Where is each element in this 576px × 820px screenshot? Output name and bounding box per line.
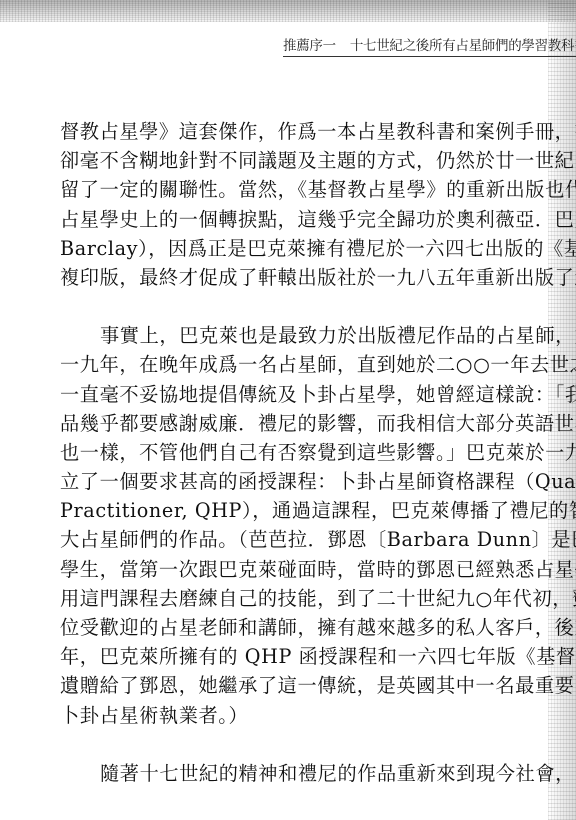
text-line: Practitioner, QHP），通過這課程，巴克萊傳播了禮尼的智慧以及許多… (60, 496, 546, 525)
text-line: 留了一定的關聯性。當然，《基督教占星學》的重新出版也代表了現代 (60, 175, 546, 204)
text-line: 學生，當第一次跟巴克萊碰面時，當時的鄧恩已經熟悉占星學，鄧恩打算 (60, 555, 546, 584)
header-chapter-title: 十七世紀之後所有占星師們的學習教科書 (350, 38, 576, 54)
paragraph-1: 督教占星學》這套傑作，作爲一本占星教科書和案例手冊，書中那些基礎 卻毫不含糊地針… (60, 117, 546, 292)
running-header: 推薦序一十七世紀之後所有占星師們的學習教科書 005 (283, 34, 576, 57)
text-line: 督教占星學》這套傑作，作爲一本占星教科書和案例手冊，書中那些基礎 (60, 117, 546, 146)
text-line: 複印版，最終才促成了軒轅出版社於一九八五年重新出版了這部作品。 (60, 263, 546, 292)
paragraph-gap (60, 292, 546, 321)
paragraph-2: 事實上，巴克萊也是最致力於出版禮尼作品的占星師，她出生於一九 一九年，在晚年成爲… (60, 321, 546, 730)
scan-noise-top (0, 0, 576, 22)
text-line: 卻毫不含糊地針對不同議題及主題的方式，仍然於廿一世紀的社會中保 (60, 146, 546, 175)
text-line: 事實上，巴克萊也是最致力於出版禮尼作品的占星師，她出生於一九 (60, 321, 546, 350)
text-line: 立了一個要求甚高的函授課程：卜卦占星師資格課程（Qualifying Horar… (60, 467, 546, 496)
text-line: 大占星師們的作品。（芭芭拉．鄧恩〔Barbara Dunn〕是巴克萊其中一名 (60, 525, 546, 554)
paragraph-3: 隨著十七世紀的精神和禮尼的作品重新來到現今社會，目前《基督教 (60, 759, 546, 788)
text-line: 一九年，在晚年成爲一名占星師，直到她於二○○一年去世之前，她都 (60, 350, 546, 379)
text-line: 品幾乎都要感謝威廉．禮尼的影響，而我相信大部分英語世界的占星師 (60, 409, 546, 438)
text-line: 隨著十七世紀的精神和禮尼的作品重新來到現今社會，目前《基督教 (60, 759, 546, 788)
text-line: 一直毫不妥協地提倡傳統及卜卦占星學，她曾經這樣說：「我的所有作 (60, 380, 546, 409)
text-line: 也一樣，不管他們自己有否察覺到這些影響。」巴克萊於一九八四年建 (60, 438, 546, 467)
text-line: Barclay），因爲正是巴克萊擁有禮尼於一六四七出版的《基督教占星學》 (60, 234, 546, 263)
body-text: 督教占星學》這套傑作，作爲一本占星教科書和案例手冊，書中那些基礎 卻毫不含糊地針… (60, 117, 546, 788)
header-section: 推薦序一 (283, 38, 336, 54)
header-title: 推薦序一十七世紀之後所有占星師們的學習教科書 (283, 34, 576, 57)
text-line: 遺贈給了鄧恩，她繼承了這一傳統，是英國其中一名最重要的占星教師和 (60, 671, 546, 700)
text-line: 年，巴克萊所擁有的 QHP 函授課程和一六四七年版《基督教占星學》都 (60, 642, 546, 671)
text-line: 用這門課程去磨練自己的技能，到了二十世紀九○年代初，鄧恩成爲了一 (60, 584, 546, 613)
text-line: 卜卦占星術執業者。） (60, 701, 546, 730)
text-line: 占星學史上的一個轉捩點，這幾乎完全歸功於奧利薇亞．巴克萊（Olivia (60, 205, 546, 234)
text-line: 位受歡迎的占星老師和講師，擁有越來越多的私人客戶，後來於二○○一 (60, 613, 546, 642)
paragraph-gap (60, 730, 546, 759)
